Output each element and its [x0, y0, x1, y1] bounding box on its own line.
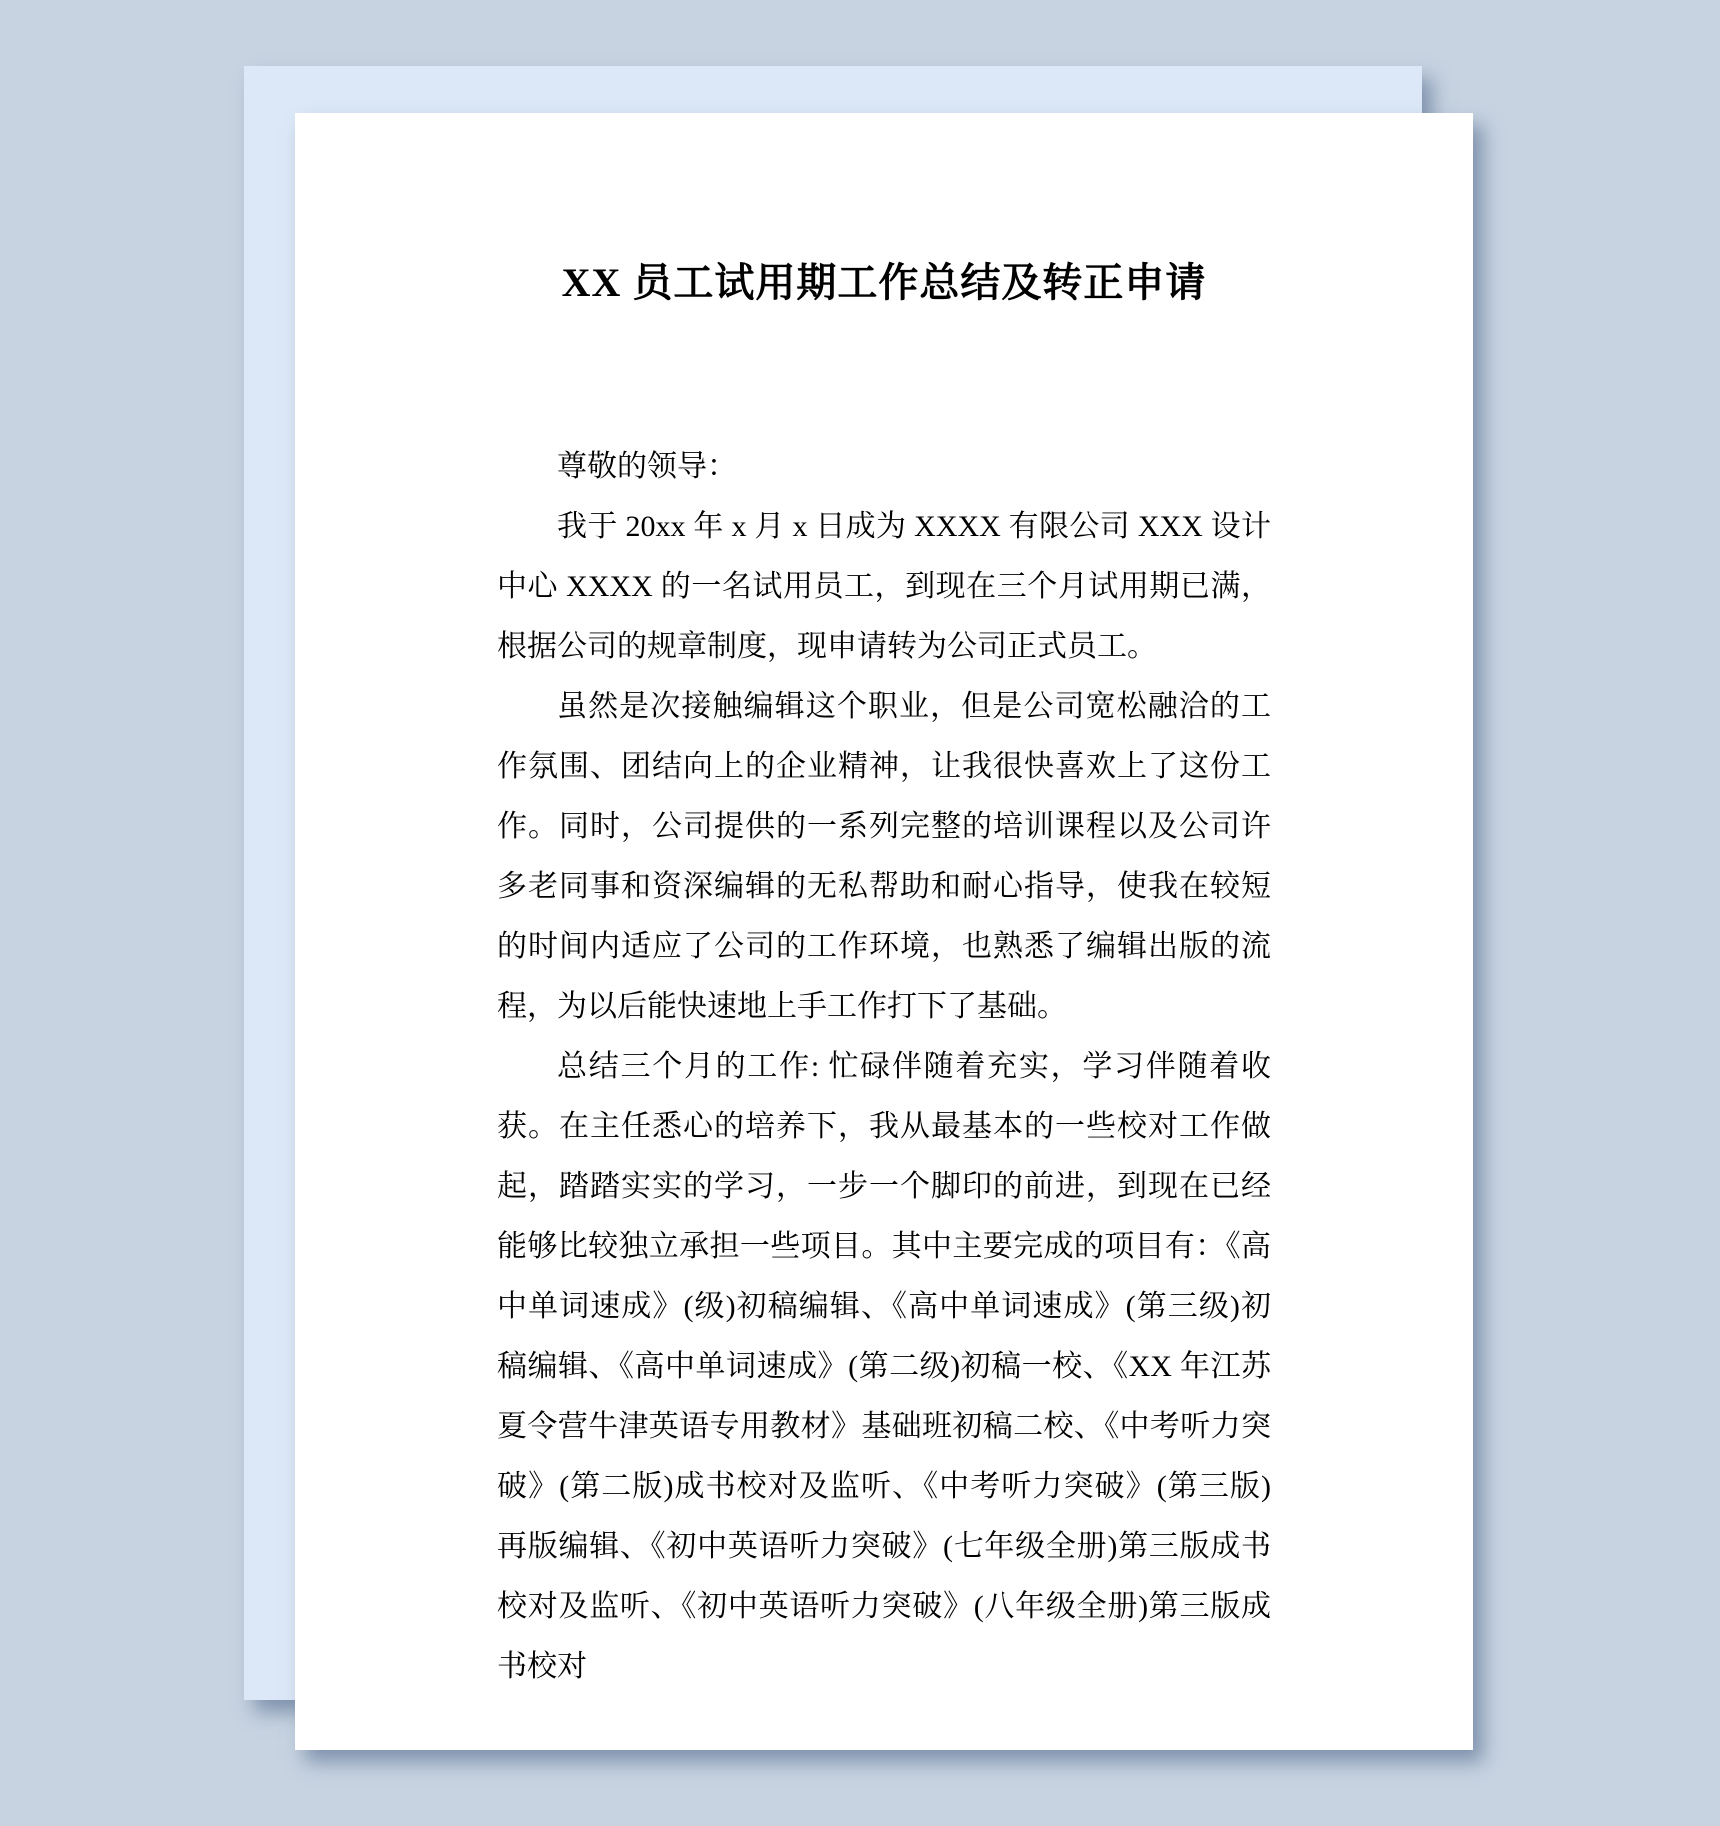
document-page: XX 员工试用期工作总结及转正申请 尊敬的领导： 我于 20xx 年 x 月 x… [295, 113, 1473, 1750]
paragraph-summary: 总结三个月的工作: 忙碌伴随着充实，学习伴随着收获。在主任悉心的培养下，我从最基… [497, 1037, 1271, 1697]
document-body: 尊敬的领导： 我于 20xx 年 x 月 x 日成为 XXXX 有限公司 XXX… [497, 437, 1271, 1697]
paragraph-experience: 虽然是次接触编辑这个职业，但是公司宽松融洽的工作氛围、团结向上的企业精神，让我很… [497, 677, 1271, 1037]
document-preview: XX 员工试用期工作总结及转正申请 尊敬的领导： 我于 20xx 年 x 月 x… [0, 0, 1720, 1826]
salutation: 尊敬的领导： [497, 437, 1271, 497]
document-title: XX 员工试用期工作总结及转正申请 [497, 259, 1271, 307]
paragraph-intro: 我于 20xx 年 x 月 x 日成为 XXXX 有限公司 XXX 设计中心 X… [497, 497, 1271, 677]
